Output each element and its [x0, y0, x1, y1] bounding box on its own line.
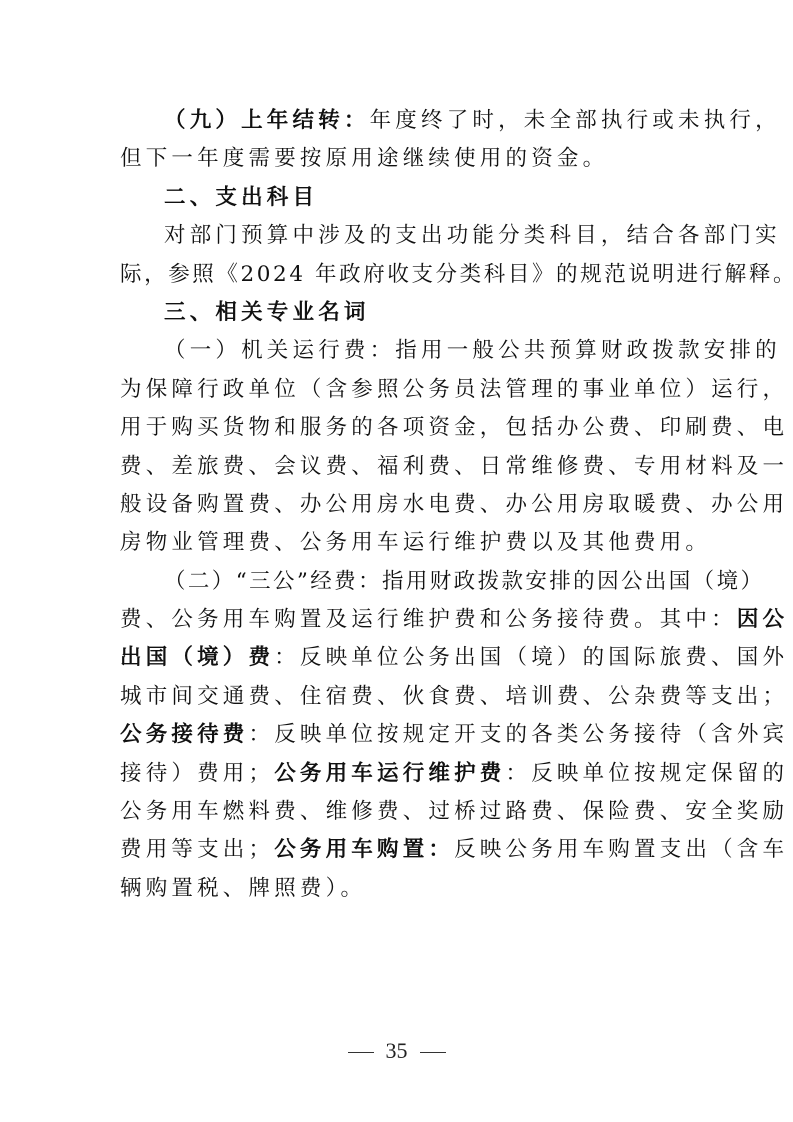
text: 反映公务用车购置支出（含车 — [454, 837, 788, 862]
document-page: （九）上年结转：年度终了时，未全部执行或未执行， 但下一年度需要按原用途继续使用… — [0, 0, 793, 1122]
term-label-vehicle-maintenance: 公务用车运行维护费 — [274, 761, 505, 786]
paragraph-three-public-line9: 辆购置税、牌照费）。 — [120, 870, 676, 908]
paragraph-three-public-line6: 接待）费用；公务用车运行维护费：反映单位按规定保留的 — [120, 755, 676, 793]
paragraph-three-public-line5: 公务接待费：反映单位按规定开支的各类公务接待（含外宾 — [120, 716, 676, 754]
paragraph-three-public-line4: 城市间交通费、住宿费、伙食费、培训费、公杂费等支出； — [120, 678, 676, 716]
page-number: 35 — [386, 1038, 408, 1063]
paragraph-operating-line1: （一）机关运行费：指用一般公共预算财政拨款安排的 — [120, 332, 676, 370]
footer-dash-right — [420, 1052, 446, 1053]
text: 年度终了时，未全部执行或未执行， — [370, 108, 781, 133]
term-label-overseas-cont: 出国（境）费 — [120, 645, 274, 670]
document-body: （九）上年结转：年度终了时，未全部执行或未执行， 但下一年度需要按原用途继续使用… — [120, 102, 676, 908]
text: ：反映单位公务出国（境）的国际旅费、国外 — [274, 645, 788, 670]
paragraph-operating-line6: 房物业管理费、公务用车运行维护费以及其他费用。 — [120, 524, 676, 562]
paragraph-operating-line5: 般设备购置费、办公用房水电费、办公用房取暖费、办公用 — [120, 486, 676, 524]
term-label-overseas: 因公 — [737, 607, 788, 632]
paragraph-operating-line4: 费、差旅费、会议费、福利费、日常维修费、专用材料及一 — [120, 448, 676, 486]
text: 费用等支出； — [120, 837, 274, 862]
paragraph-three-public-line7: 公务用车燃料费、维修费、过桥过路费、保险费、安全奖励 — [120, 793, 676, 831]
paragraph-subjects-line2: 际，参照《2024 年政府收支分类科目》的规范说明进行解释。 — [120, 256, 676, 294]
section-heading-expenditure-subjects: 二、支出科目 — [120, 179, 676, 217]
text: ：反映单位按规定开支的各类公务接待（含外宾 — [249, 722, 789, 747]
paragraph-three-public-line1: （二）“三公”经费：指用财政拨款安排的因公出国（境） — [120, 563, 676, 601]
text: ：反映单位按规定保留的 — [506, 761, 789, 786]
section-heading-terms: 三、相关专业名词 — [120, 294, 676, 332]
text: 接待）费用； — [120, 761, 274, 786]
term-label-vehicle-purchase: 公务用车购置： — [274, 837, 454, 862]
paragraph-carryover-line2: 但下一年度需要按原用途继续使用的资金。 — [120, 140, 676, 178]
paragraph-operating-line2: 为保障行政单位（含参照公务员法管理的事业单位）运行， — [120, 371, 676, 409]
paragraph-three-public-line2: 费、公务用车购置及运行维护费和公务接待费。其中：因公 — [120, 601, 676, 639]
term-label-carryover: （九）上年结转： — [164, 108, 370, 133]
text: 费、公务用车购置及运行维护费和公务接待费。其中： — [120, 607, 737, 632]
term-label-reception: 公务接待费 — [120, 722, 249, 747]
paragraph-three-public-line3: 出国（境）费：反映单位公务出国（境）的国际旅费、国外 — [120, 639, 676, 677]
page-footer: 35 — [0, 1038, 793, 1064]
paragraph-three-public-line8: 费用等支出；公务用车购置：反映公务用车购置支出（含车 — [120, 831, 676, 869]
paragraph-carryover-line1: （九）上年结转：年度终了时，未全部执行或未执行， — [120, 102, 676, 140]
footer-dash-left — [348, 1052, 374, 1053]
paragraph-subjects-line1: 对部门预算中涉及的支出功能分类科目，结合各部门实 — [120, 217, 676, 255]
paragraph-operating-line3: 用于购买货物和服务的各项资金，包括办公费、印刷费、电 — [120, 409, 676, 447]
